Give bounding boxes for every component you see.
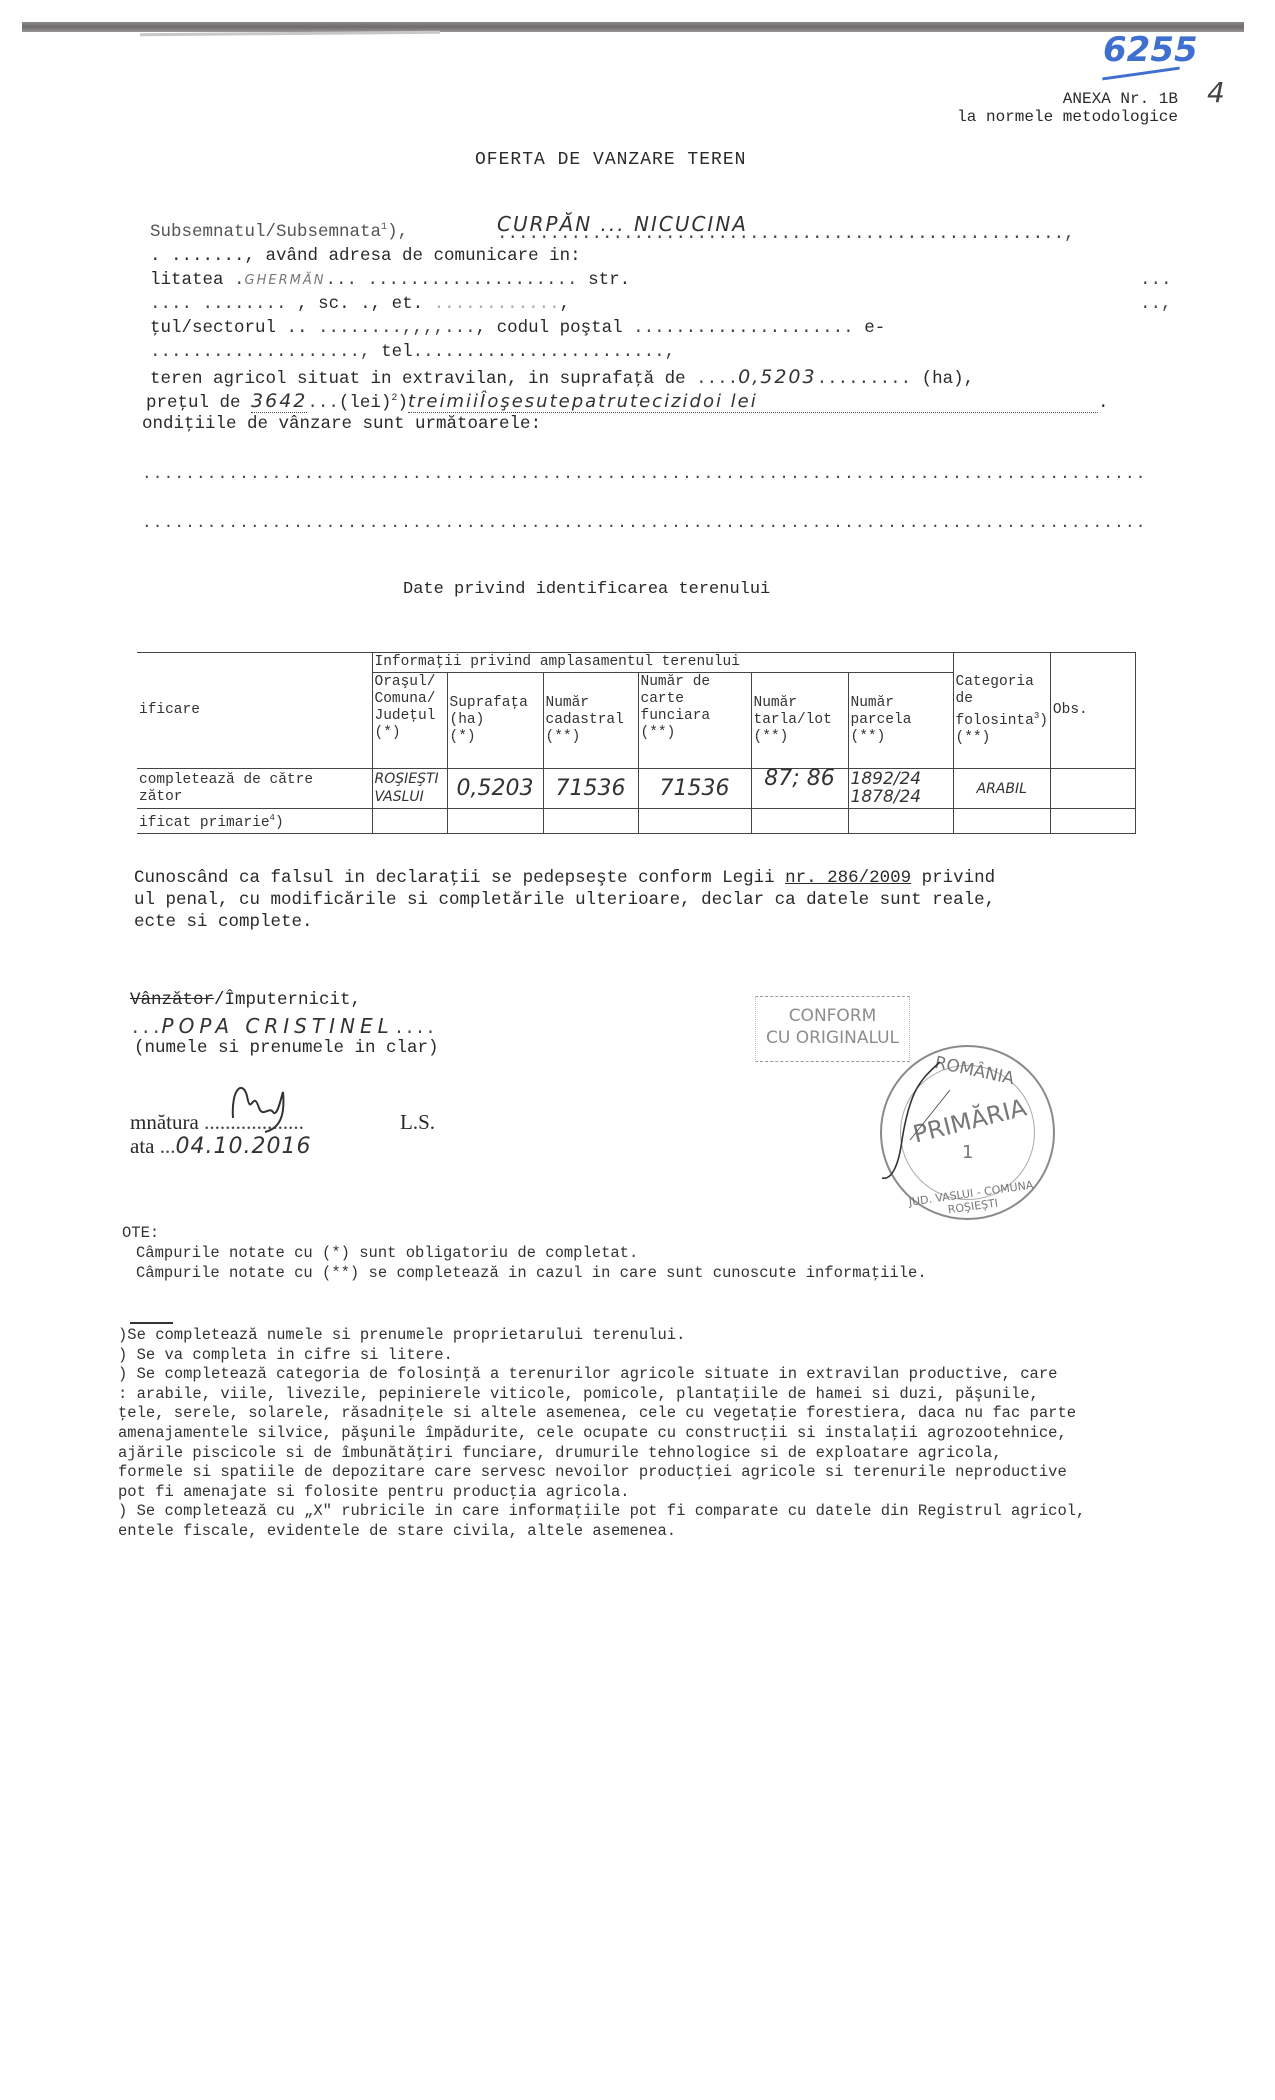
row-label: completează de cătrezător	[137, 769, 372, 809]
page-marker: 4	[1207, 76, 1227, 109]
sector-postal-line[interactable]: ţul/sectorul .. ........,,,,..., codul p…	[150, 318, 885, 338]
footnote-line: entele fiscale, evidentele de stare civi…	[118, 1522, 1085, 1542]
land-identification-table: ificare Informaţii privind amplasamentul…	[137, 652, 1136, 834]
subsemnatul-label: Subsemnatul/Subsemnata1),	[150, 222, 408, 242]
suprafata-line[interactable]: teren agricol situat in extravilan, in s…	[150, 366, 974, 389]
date-value: 04.10.2016	[175, 1134, 311, 1159]
document-title: OFERTA DE VANZARE TEREN	[475, 150, 746, 170]
ls-label: L.S.	[400, 1110, 435, 1135]
col-localitate: Oraşul/ Comuna/ Judeţul(*)	[372, 673, 447, 769]
footnote-rule	[130, 1322, 173, 1324]
footnote-line: pot fi amenajate si folosite pentru prod…	[118, 1483, 1085, 1503]
footnote-line: ajările piscicole si de îmbunătăţiri fun…	[118, 1444, 1085, 1464]
localitate-line[interactable]: litatea .GHERMĂN... ....................…	[150, 270, 630, 290]
row-label: ificat primarie4)	[137, 809, 372, 834]
cell-parcela[interactable]	[848, 809, 953, 834]
footnote-line: ) Se completează categoria de folosinţă …	[118, 1365, 1085, 1385]
cell-categoria[interactable]	[953, 809, 1050, 834]
signature-scribble	[225, 1078, 295, 1138]
footnote-line: : arabile, viile, livezile, pepinierele …	[118, 1385, 1085, 1405]
owner-name: CURPĂN ... NICUCINA	[497, 212, 748, 236]
row-header-label: ificare	[137, 653, 372, 769]
footnote-line: ) Se va completa in cifre si litere.	[118, 1346, 1085, 1366]
signatory-role: Vânzător/Împuternicit,	[130, 990, 361, 1010]
statement-line-3: ecte si complete.	[134, 912, 313, 932]
footnotes: )Se completează numele si prenumele prop…	[118, 1326, 1085, 1542]
conform-stamp: CONFORM CU ORIGINALUL	[755, 996, 910, 1062]
law-reference: nr. 286/2009	[785, 868, 911, 888]
note-item: Câmpurile notate cu (*) sunt obligatoriu…	[136, 1244, 638, 1264]
footnote-line: ) Se completează cu „X" rubricile in car…	[118, 1502, 1085, 1522]
col-cadastral: Număr cadastral(**)	[543, 673, 638, 769]
registration-number: 6255	[1103, 30, 1198, 70]
statement-line-2: ul penal, cu modificările si completăril…	[134, 890, 995, 910]
annex-line1: ANEXA Nr. 1B	[1055, 90, 1178, 108]
col-tarla: Număr tarla/lot(**)	[751, 673, 848, 769]
conditii-label: ondiţiile de vânzare sunt următoarele:	[142, 414, 541, 434]
notes-heading: OTE:	[122, 1224, 159, 1244]
cell-cadastral[interactable]: 71536	[543, 769, 638, 809]
table-row-vanzator: completează de cătrezător ROŞIEŞTIVASLUI…	[137, 769, 1135, 809]
footnote-line: formele si spatiile de depozitare care s…	[118, 1463, 1085, 1483]
address-line: . ......., având adresa de comunicare in…	[150, 246, 581, 266]
scan-edge-bar	[22, 22, 1244, 32]
cell-carte-funciara[interactable]	[638, 809, 751, 834]
cell-tarla[interactable]	[751, 809, 848, 834]
seal-signature-stroke	[880, 1060, 990, 1190]
footnote-line: )Se completează numele si prenumele prop…	[118, 1326, 1085, 1346]
cell-parcela[interactable]: 1892/241878/24	[848, 769, 953, 809]
section-title: Date privind identificarea terenului	[403, 580, 770, 599]
col-categoria: Categoria de folosinta3)(**)	[953, 653, 1050, 769]
cell-localitate[interactable]	[372, 809, 447, 834]
group-header: Informaţii privind amplasamentul terenul…	[372, 653, 953, 673]
cell-localitate[interactable]: ROŞIEŞTIVASLUI	[372, 769, 447, 809]
cell-suprafata[interactable]	[447, 809, 543, 834]
owner-name-field[interactable]: CURPĂN ... NICUCINA.....................…	[497, 224, 1075, 244]
cell-carte-funciara[interactable]: 71536	[638, 769, 751, 809]
name-caption: (numele si prenumele in clar)	[134, 1038, 439, 1058]
footnote-line: ţele, serele, solarele, răsadniţele si a…	[118, 1404, 1085, 1424]
cell-obs[interactable]	[1050, 809, 1135, 834]
cell-cadastral[interactable]	[543, 809, 638, 834]
signatory-name-field[interactable]: ...POPA CRISTINEL....	[130, 1014, 436, 1039]
col-obs: Obs.	[1050, 653, 1135, 769]
col-parcela: Număr parcela(**)	[848, 673, 953, 769]
pret-value: 3642	[251, 390, 307, 413]
pret-line[interactable]: preţul de 3642...(lei)2)treimiiÎoşesutep…	[146, 390, 1108, 413]
tel-line[interactable]: ...................., tel...............…	[150, 342, 675, 362]
conditii-line-2[interactable]: ........................................…	[142, 514, 1147, 532]
col-suprafata: Suprafaţa (ha)(*)	[447, 673, 543, 769]
cell-obs[interactable]	[1050, 769, 1135, 809]
cell-suprafata[interactable]: 0,5203	[447, 769, 543, 809]
conditii-line-1[interactable]: ........................................…	[142, 465, 1147, 483]
statement-line-1: Cunoscând ca falsul in declaraţii se ped…	[134, 868, 995, 888]
footnote-line: amenajamentele silvice, păşunile împădur…	[118, 1424, 1085, 1444]
note-item: Câmpurile notate cu (**) se completează …	[136, 1264, 927, 1284]
sc-et-line[interactable]: .... ........ , sc. ., et. ............,	[150, 294, 570, 314]
table-row-primarie: ificat primarie4)	[137, 809, 1135, 834]
date-field[interactable]: ata ...04.10.2016	[130, 1134, 311, 1159]
col-carte-funciara: Număr de carte funciara(**)	[638, 673, 751, 769]
pret-words: treimiiÎoşesutepatrutecizidoi lei	[408, 391, 1098, 413]
signatory-name: POPA CRISTINEL	[162, 1014, 394, 1038]
cell-tarla[interactable]: 87; 86	[751, 769, 848, 809]
annex-line2: la normele metodologice	[940, 108, 1178, 126]
cell-categoria[interactable]: ARABIL	[953, 769, 1050, 809]
suprafata-value: 0,5203	[738, 366, 816, 388]
